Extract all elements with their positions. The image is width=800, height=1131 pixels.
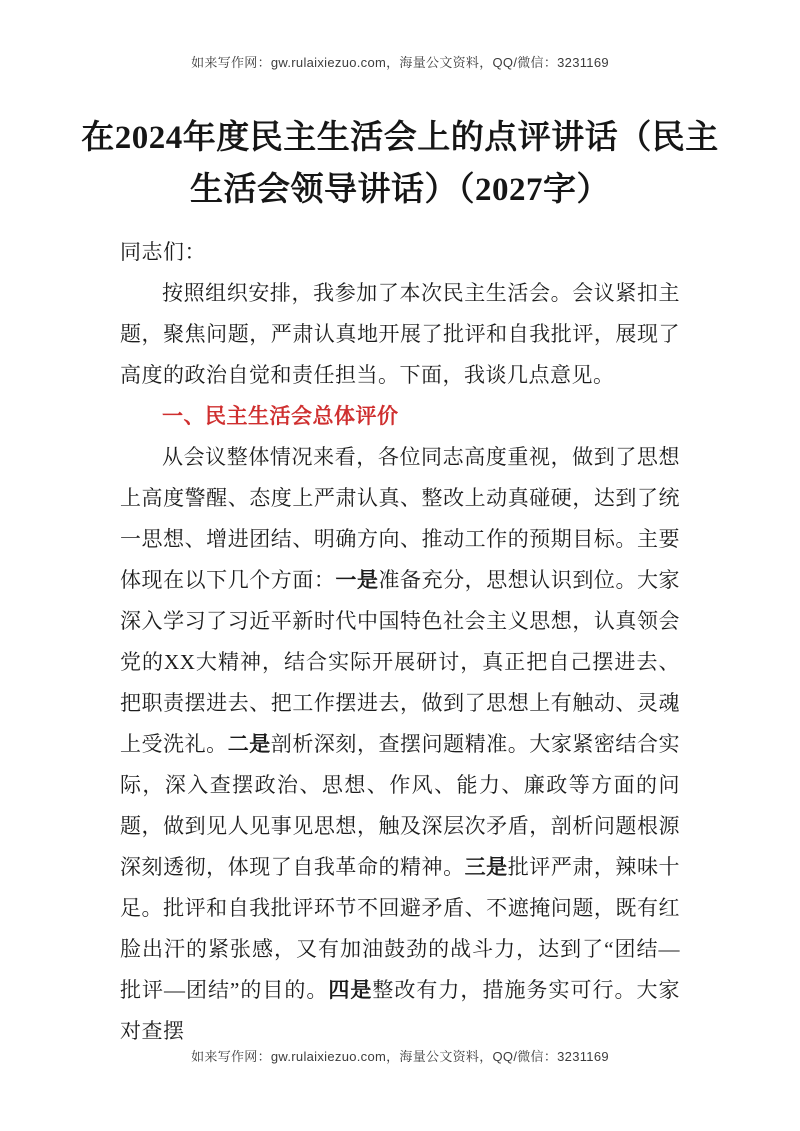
document-title: 在2024年度民主生活会上的点评讲话（民主生活会领导讲话）（2027字） [80, 112, 720, 216]
section-heading-1: 一、民主生活会总体评价 [120, 396, 680, 437]
bold-marker-first: 一是 [335, 568, 378, 592]
document-page: 如来写作网：gw.rulaixiezuo.com，海量公文资料，QQ/微信：32… [0, 0, 800, 1131]
body-text-run: 准备充分，思想认识到位。大家深入学习了习近平新时代中国特色社会主义思想，认真领会… [120, 568, 680, 756]
intro-paragraph: 按照组织安排，我参加了本次民主生活会。会议紧扣主题，聚焦问题，严肃认真地开展了批… [120, 273, 680, 396]
footer-watermark: 如来写作网：gw.rulaixiezuo.com，海量公文资料，QQ/微信：32… [0, 1046, 800, 1065]
section-1-paragraph: 从会议整体情况来看，各位同志高度重视，做到了思想上高度警醒、态度上严肃认真、整改… [120, 437, 680, 1052]
header-watermark: 如来写作网：gw.rulaixiezuo.com，海量公文资料，QQ/微信：32… [0, 52, 800, 71]
bold-marker-fourth: 四是 [328, 978, 372, 1002]
document-body: 同志们： 按照组织安排，我参加了本次民主生活会。会议紧扣主题，聚焦问题，严肃认真… [0, 232, 800, 1052]
bold-marker-second: 二是 [228, 732, 271, 756]
salutation: 同志们： [120, 232, 680, 273]
bold-marker-third: 三是 [465, 855, 508, 879]
